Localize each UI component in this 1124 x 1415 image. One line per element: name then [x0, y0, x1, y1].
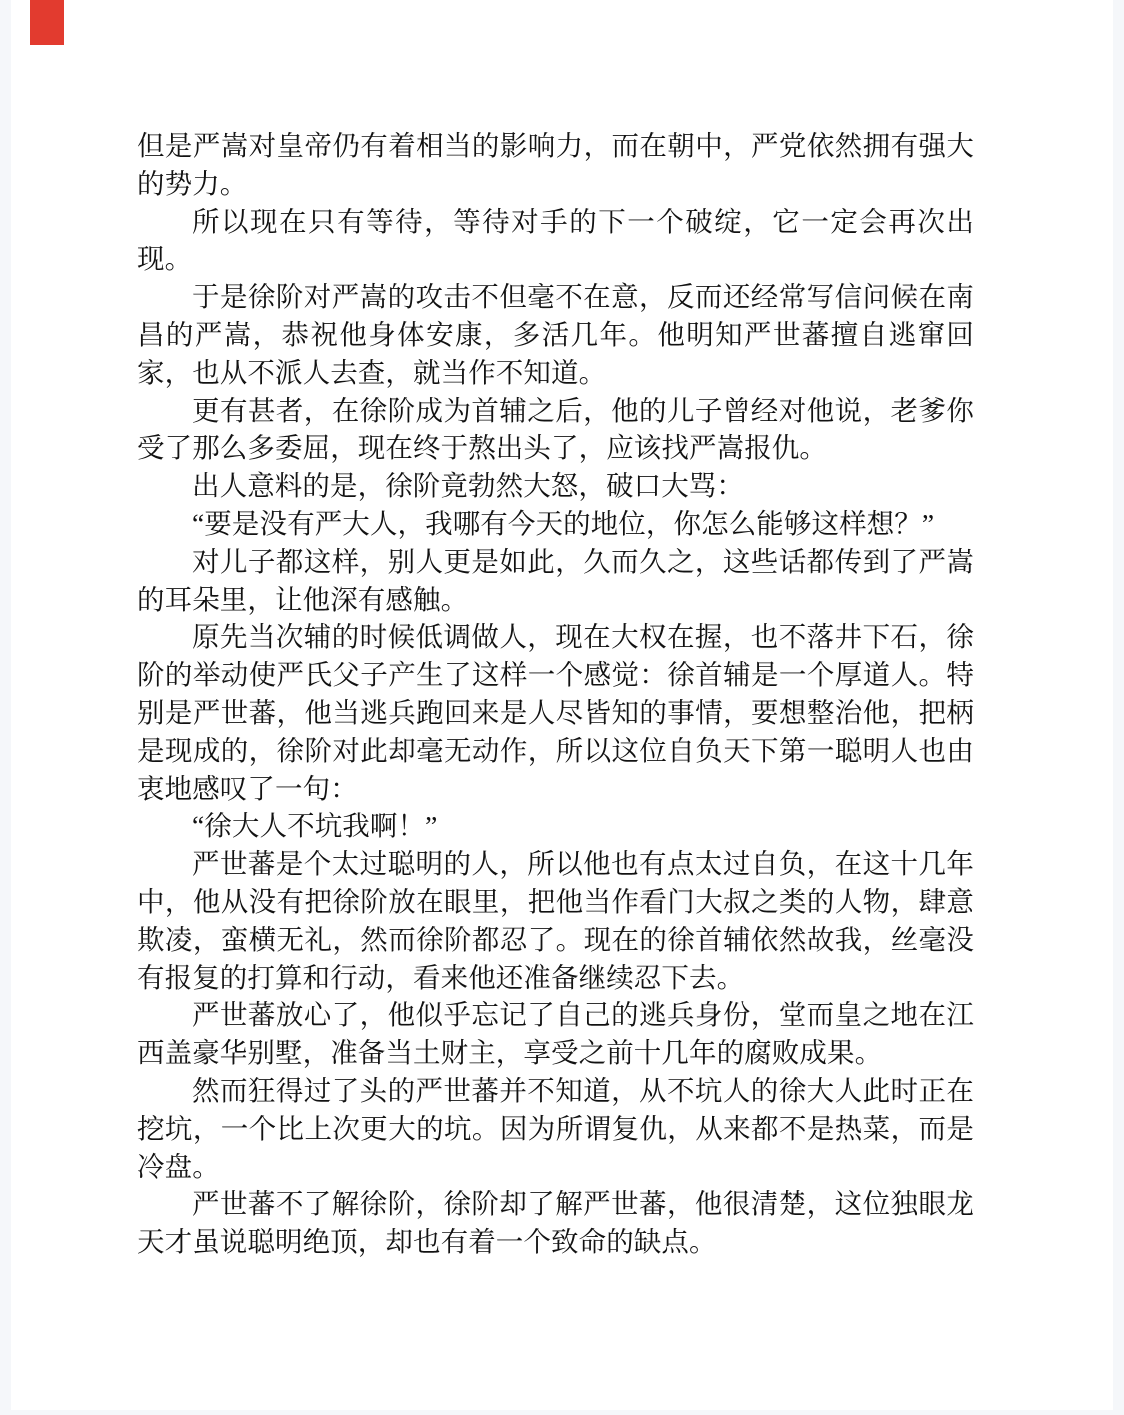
text-line-11: “要是没有严大人，我哪有今天的地位，你怎么能够这样想？” — [137, 505, 974, 543]
text-line-1: 但是严嵩对皇帝仍有着相当的影响力，而在朝中，严党依然拥有强大 — [137, 127, 974, 165]
text-line-24: 严世蕃放心了，他似乎忘记了自己的逃兵身份，堂而皇之地在江 — [137, 996, 974, 1034]
text-line-4: 现。 — [137, 240, 974, 278]
text-line-29: 严世蕃不了解徐阶，徐阶却了解严世蕃，他很清楚，这位独眼龙 — [137, 1185, 974, 1223]
text-line-12: 对儿子都这样，别人更是如此，久而久之，这些话都传到了严嵩 — [137, 543, 974, 581]
text-line-8: 更有甚者，在徐阶成为首辅之后，他的儿子曾经对他说，老爹你 — [137, 392, 974, 430]
text-line-5: 于是徐阶对严嵩的攻击不但毫不在意，反而还经常写信问候在南 — [137, 278, 974, 316]
page-text-column: 但是严嵩对皇帝仍有着相当的影响力，而在朝中，严党依然拥有强大的势力。所以现在只有… — [137, 127, 974, 1261]
text-line-17: 是现成的，徐阶对此却毫无动作，所以这位自负天下第一聪明人也由 — [137, 732, 974, 770]
text-line-18: 衷地感叹了一句： — [137, 770, 974, 808]
text-line-27: 挖坑，一个比上次更大的坑。因为所谓复仇，从来都不是热菜，而是 — [137, 1110, 974, 1148]
text-line-16: 别是严世蕃，他当逃兵跑回来是人尽皆知的事情，要想整治他，把柄 — [137, 694, 974, 732]
text-line-9: 受了那么多委屈，现在终于熬出头了，应该找严嵩报仇。 — [137, 429, 974, 467]
text-line-23: 有报复的打算和行动，看来他还准备继续忍下去。 — [137, 959, 974, 997]
bookmark-ribbon-icon[interactable] — [30, 0, 64, 45]
text-line-2: 的势力。 — [137, 165, 974, 203]
text-line-3: 所以现在只有等待，等待对手的下一个破绽，它一定会再次出 — [137, 203, 974, 241]
text-line-30: 天才虽说聪明绝顶，却也有着一个致命的缺点。 — [137, 1223, 974, 1261]
text-line-14: 原先当次辅的时候低调做人，现在大权在握，也不落井下石，徐 — [137, 618, 974, 656]
text-line-22: 欺凌，蛮横无礼，然而徐阶都忍了。现在的徐首辅依然故我，丝毫没 — [137, 921, 974, 959]
text-line-20: 严世蕃是个太过聪明的人，所以他也有点太过自负，在这十几年 — [137, 845, 974, 883]
text-line-6: 昌的严嵩，恭祝他身体安康，多活几年。他明知严世蕃擅自逃窜回 — [137, 316, 974, 354]
text-line-28: 冷盘。 — [137, 1148, 974, 1186]
text-line-10: 出人意料的是，徐阶竟勃然大怒，破口大骂： — [137, 467, 974, 505]
text-line-7: 家，也从不派人去查，就当作不知道。 — [137, 354, 974, 392]
text-line-25: 西盖豪华别墅，准备当土财主，享受之前十几年的腐败成果。 — [137, 1034, 974, 1072]
text-line-15: 阶的举动使严氏父子产生了这样一个感觉：徐首辅是一个厚道人。特 — [137, 656, 974, 694]
text-line-13: 的耳朵里，让他深有感触。 — [137, 581, 974, 619]
text-line-26: 然而狂得过了头的严世蕃并不知道，从不坑人的徐大人此时正在 — [137, 1072, 974, 1110]
text-line-19: “徐大人不坑我啊！” — [137, 807, 974, 845]
reader-canvas: 但是严嵩对皇帝仍有着相当的影响力，而在朝中，严党依然拥有强大的势力。所以现在只有… — [0, 0, 1124, 1415]
text-line-21: 中，他从没有把徐阶放在眼里，把他当作看门大叔之类的人物，肆意 — [137, 883, 974, 921]
book-page: 但是严嵩对皇帝仍有着相当的影响力，而在朝中，严党依然拥有强大的势力。所以现在只有… — [11, 0, 1113, 1410]
